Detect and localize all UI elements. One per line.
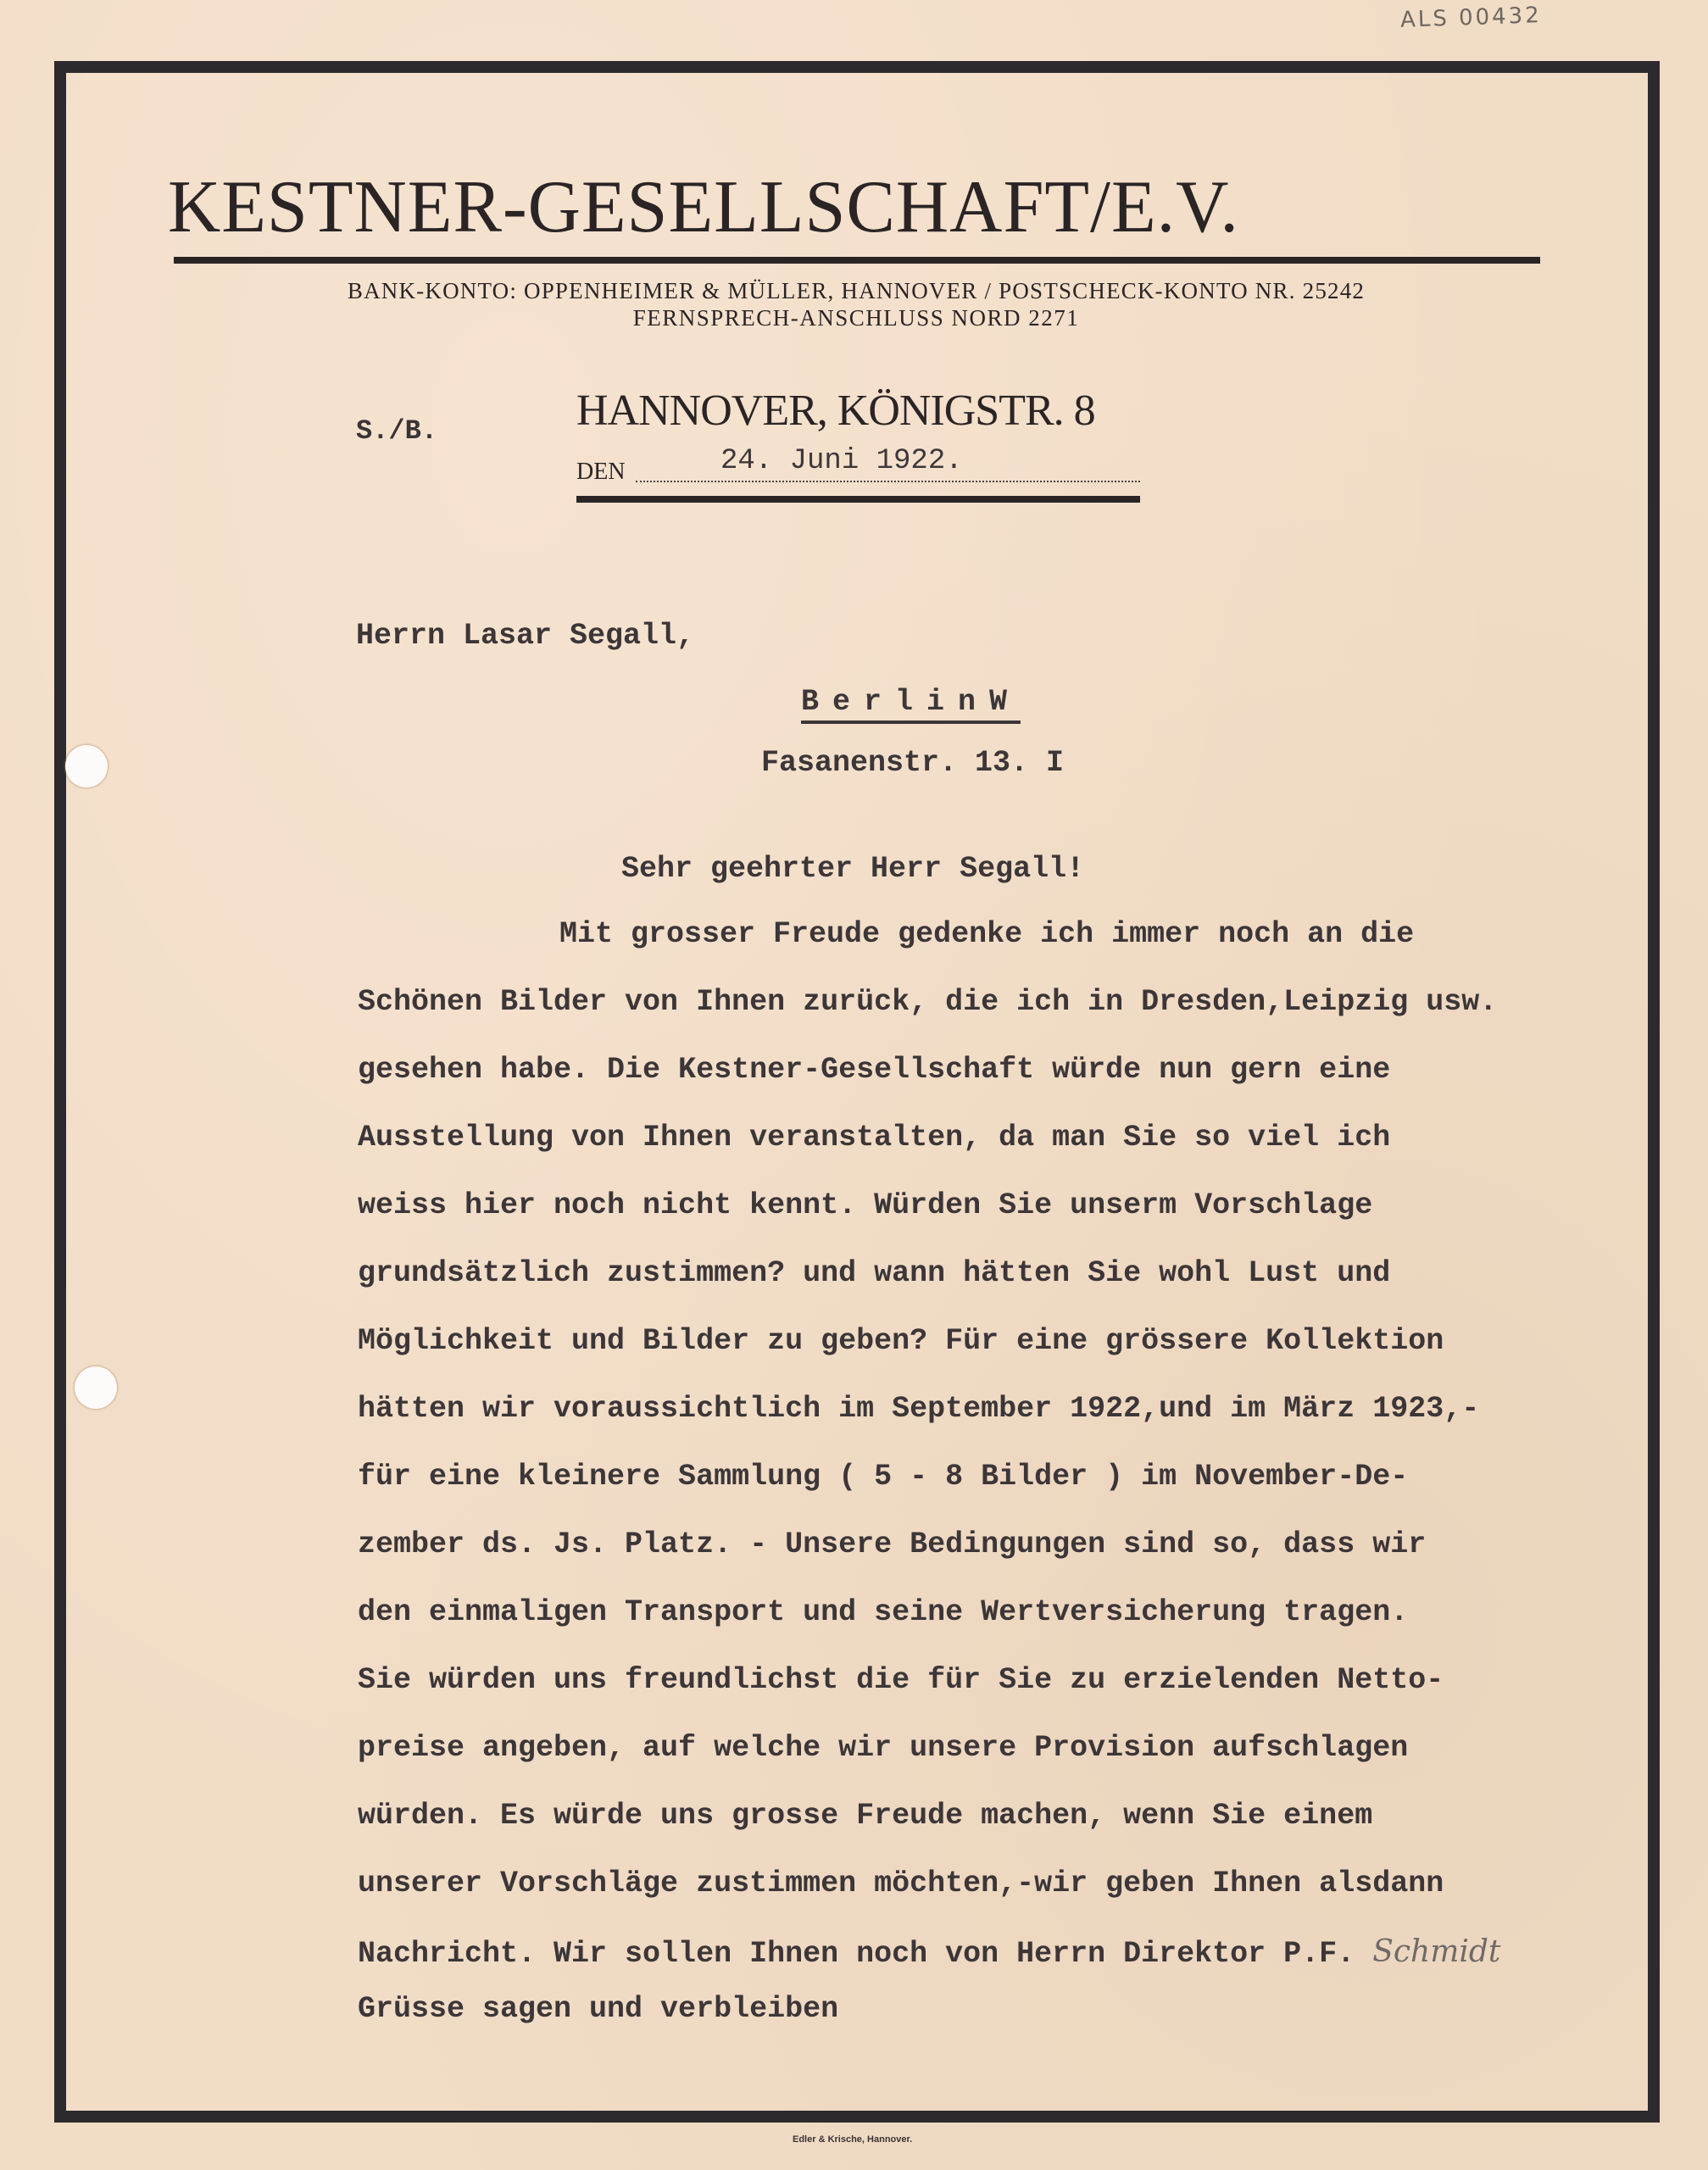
printer-mark: Edler & Krische, Hannover. [793,2134,912,2145]
bank-account-line: BANK-KONTO: OPPENHEIMER & MÜLLER, HANNOV… [170,278,1543,304]
body-line-14: würden. Es würde uns grosse Freude mache… [358,1799,1372,1833]
handwritten-name: Schmidt [1372,1934,1500,1969]
body-line-6: grundsätzlich zustimmen? und wann hätten… [358,1256,1390,1290]
body-line-5: weiss hier noch nicht kennt. Würden Sie … [358,1188,1372,1222]
title-rule [174,257,1540,264]
recipient-city: BerlinW [801,685,1021,724]
body-line-1: Mit grosser Freude gedenke ich immer noc… [559,917,1414,951]
body-line-11: den einmaligen Transport und seine Wertv… [358,1595,1408,1629]
body-line-16: Nachricht. Wir sollen Ihnen noch von Her… [358,1934,1500,1971]
reference-initials: S./B. [356,415,437,447]
date-dotted-line [636,481,1140,482]
body-line-7: Möglichkeit und Bilder zu geben? Für ein… [358,1324,1444,1358]
body-line-13: preise angeben, auf welche wir unsere Pr… [358,1731,1408,1765]
body-line-3: gesehen habe. Die Kestner-Gesellschaft w… [358,1053,1390,1087]
phone-line: FERNSPRECH-ANSCHLUSS NORD 2271 [170,305,1543,331]
letter-date: 24. Juni 1922. [720,445,963,477]
body-line-2: Schönen Bilder von Ihnen zurück, die ich… [358,985,1497,1019]
recipient-street: Fasanenstr. 13. I [761,746,1064,780]
body-line-12: Sie würden uns freundlichst die für Sie … [358,1663,1444,1697]
punch-hole-top [65,745,108,787]
body-line-10: zember ds. Js. Platz. - Unsere Bedingung… [358,1527,1426,1561]
date-row: DEN 24. Juni 1922. [576,445,1140,487]
date-label: DEN [576,459,626,486]
date-rule [576,496,1140,503]
recipient-name: Herrn Lasar Segall, [356,619,694,653]
body-line-16-text: Nachricht. Wir sollen Ihnen noch von Her… [358,1937,1355,1971]
body-line-8: hätten wir voraussichtlich im September … [358,1392,1479,1426]
body-line-4: Ausstellung von Ihnen veranstalten, da m… [358,1121,1390,1155]
body-line-15: unserer Vorschläge zustimmen möchten,-wi… [358,1867,1444,1900]
archive-number: ALS 00432 [1400,3,1543,33]
body-line-9: für eine kleinere Sammlung ( 5 - 8 Bilde… [358,1460,1408,1494]
punch-hole-bottom [75,1366,117,1409]
body-line-17: Grüsse sagen und verbleiben [358,1992,838,2026]
organization-title: KESTNER-GESELLSCHAFT/E.V. [168,165,1530,250]
salutation: Sehr geehrter Herr Segall! [621,852,1084,886]
sender-address: HANNOVER, KÖNIGSTR. 8 [576,386,1095,436]
